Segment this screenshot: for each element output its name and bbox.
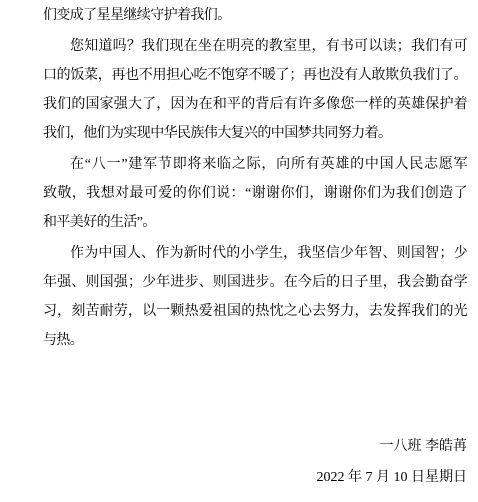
paragraph-line: 我们，他们为实现中华民族伟大复兴的中国梦共同努力着。 xyxy=(43,119,467,148)
paragraph-line: 年强、则国强；少年进步、则国进步。在今后的日子里，我会勤奋学 xyxy=(43,268,467,297)
paragraph-line: 们变成了星星继续守护着我们。 xyxy=(43,1,467,30)
paragraph-line: 致敬，我想对最可爱的你们说：“谢谢你们，谢谢你们为我们创造了 xyxy=(43,179,467,208)
paragraph-school-life: 您知道吗？我们现在坐在明亮的教室里，有书可以读；我们有可 口的饭菜，再也不用担心… xyxy=(43,32,467,148)
document-page: 们变成了星星继续守护着我们。 您知道吗？我们现在坐在明亮的教室里，有书可以读；我… xyxy=(0,0,478,502)
paragraph-line: 您知道吗？我们现在坐在明亮的教室里，有书可以读；我们有可 xyxy=(43,32,467,61)
paragraph-pledge: 作为中国人、作为新时代的小学生，我坚信少年智、则国智；少 年强、则国强；少年进步… xyxy=(43,239,467,355)
signature-block: 一八班 李皓苒 2022 年 7 月 10 日星期日 xyxy=(43,431,467,493)
paragraph-line: 在“八一”建军节即将来临之际，向所有英雄的中国人民志愿军 xyxy=(43,150,467,179)
paragraph-line: 口的饭菜，再也不用担心吃不饱穿不暖了；再也没有人敢欺负我们了。 xyxy=(43,61,467,90)
paragraph-line: 和平美好的生活”。 xyxy=(43,208,467,237)
paragraph-line: 习，刻苦耐劳，以一颗热爱祖国的热忱之心去努力，去发挥我们的光 xyxy=(43,297,467,326)
paragraph-tail: 们变成了星星继续守护着我们。 xyxy=(43,1,467,30)
signature-name: 一八班 李皓苒 xyxy=(43,431,467,462)
letter-body: 们变成了星星继续守护着我们。 您知道吗？我们现在坐在明亮的教室里，有书可以读；我… xyxy=(43,1,467,355)
paragraph-line: 我们的国家强大了，因为在和平的背后有许多像您一样的英雄保护着 xyxy=(43,90,467,119)
signature-date: 2022 年 7 月 10 日星期日 xyxy=(43,462,467,493)
paragraph-line: 与热。 xyxy=(43,326,467,355)
paragraph-line: 作为中国人、作为新时代的小学生，我坚信少年智、则国智；少 xyxy=(43,239,467,268)
paragraph-army-day-tribute: 在“八一”建军节即将来临之际，向所有英雄的中国人民志愿军 致敬，我想对最可爱的你… xyxy=(43,150,467,237)
